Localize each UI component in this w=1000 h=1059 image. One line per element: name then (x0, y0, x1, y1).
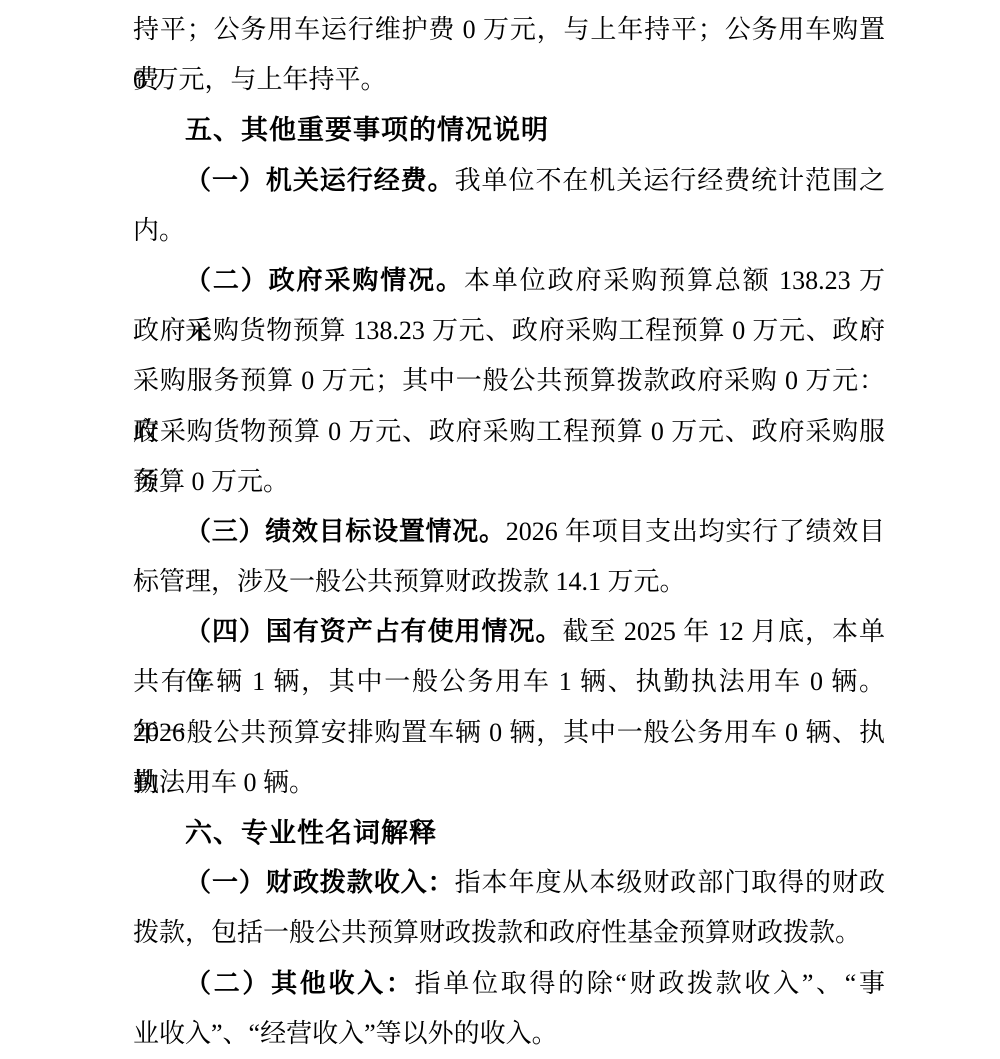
text-line: 业收入”、“经营收入”等以外的收入。 (133, 1009, 885, 1059)
text-line: 采购服务预算 0 万元；其中一般公共预算拨款政府采购 0 万元：政 (133, 356, 885, 406)
text-line: 共有车辆 1 辆，其中一般公务用车 1 辆、执勤执法用车 0 辆。2026 (133, 657, 885, 707)
item-label: （三）绩效目标设置情况。 (185, 517, 506, 546)
text-line: 0 万元，与上年持平。 (133, 55, 885, 105)
line-text: 2026 年项目支出均实行了绩效目 (506, 517, 885, 546)
document-page: 持平；公务用车运行维护费 0 万元，与上年持平；公务用车购置费 0 万元，与上年… (0, 0, 1000, 1059)
text-line: 政府采购货物预算 138.23 万元、政府采购工程预算 0 万元、政府 (133, 306, 885, 356)
item-label: （四）国有资产占有使用情况。 (185, 617, 562, 646)
line-text: 指单位取得的除“财政拨款收入”、“事 (415, 969, 885, 998)
text-line: （二）政府采购情况。本单位政府采购预算总额 138.23 万元： (133, 256, 885, 306)
text-line: 拨款，包括一般公共预算财政拨款和政府性基金预算财政拨款。 (133, 908, 885, 958)
text-line: （一）财政拨款收入：指本年度从本级财政部门取得的财政 (133, 858, 885, 908)
item-label: （二）其他收入： (185, 969, 415, 998)
text-line: 内。 (133, 206, 885, 256)
text-line: （一）机关运行经费。我单位不在机关运行经费统计范围之 (133, 156, 885, 206)
line-text: 我单位不在机关运行经费统计范围之 (455, 166, 885, 195)
text-line: 持平；公务用车运行维护费 0 万元，与上年持平；公务用车购置费 (133, 5, 885, 55)
text-line: 府采购货物预算 0 万元、政府采购工程预算 0 万元、政府采购服务 (133, 407, 885, 457)
text-line: 执法用车 0 辆。 (133, 758, 885, 808)
section-heading-5: 五、其他重要事项的情况说明 (133, 105, 885, 155)
item-label: （二）政府采购情况。 (185, 266, 464, 295)
text-line: 标管理，涉及一般公共预算财政拨款 14.1 万元。 (133, 557, 885, 607)
text-line: 年一般公共预算安排购置车辆 0 辆，其中一般公务用车 0 辆、执勤 (133, 708, 885, 758)
text-line: （四）国有资产占有使用情况。截至 2025 年 12 月底，本单位 (133, 607, 885, 657)
line-text: 指本年度从本级财政部门取得的财政 (455, 868, 885, 897)
text-line: （二）其他收入：指单位取得的除“财政拨款收入”、“事 (133, 959, 885, 1009)
section-heading-6: 六、专业性名词解释 (133, 808, 885, 858)
item-label: （一）财政拨款收入： (185, 868, 455, 897)
text-line: 预算 0 万元。 (133, 457, 885, 507)
item-label: （一）机关运行经费。 (185, 166, 455, 195)
text-line: （三）绩效目标设置情况。2026 年项目支出均实行了绩效目 (133, 507, 885, 557)
